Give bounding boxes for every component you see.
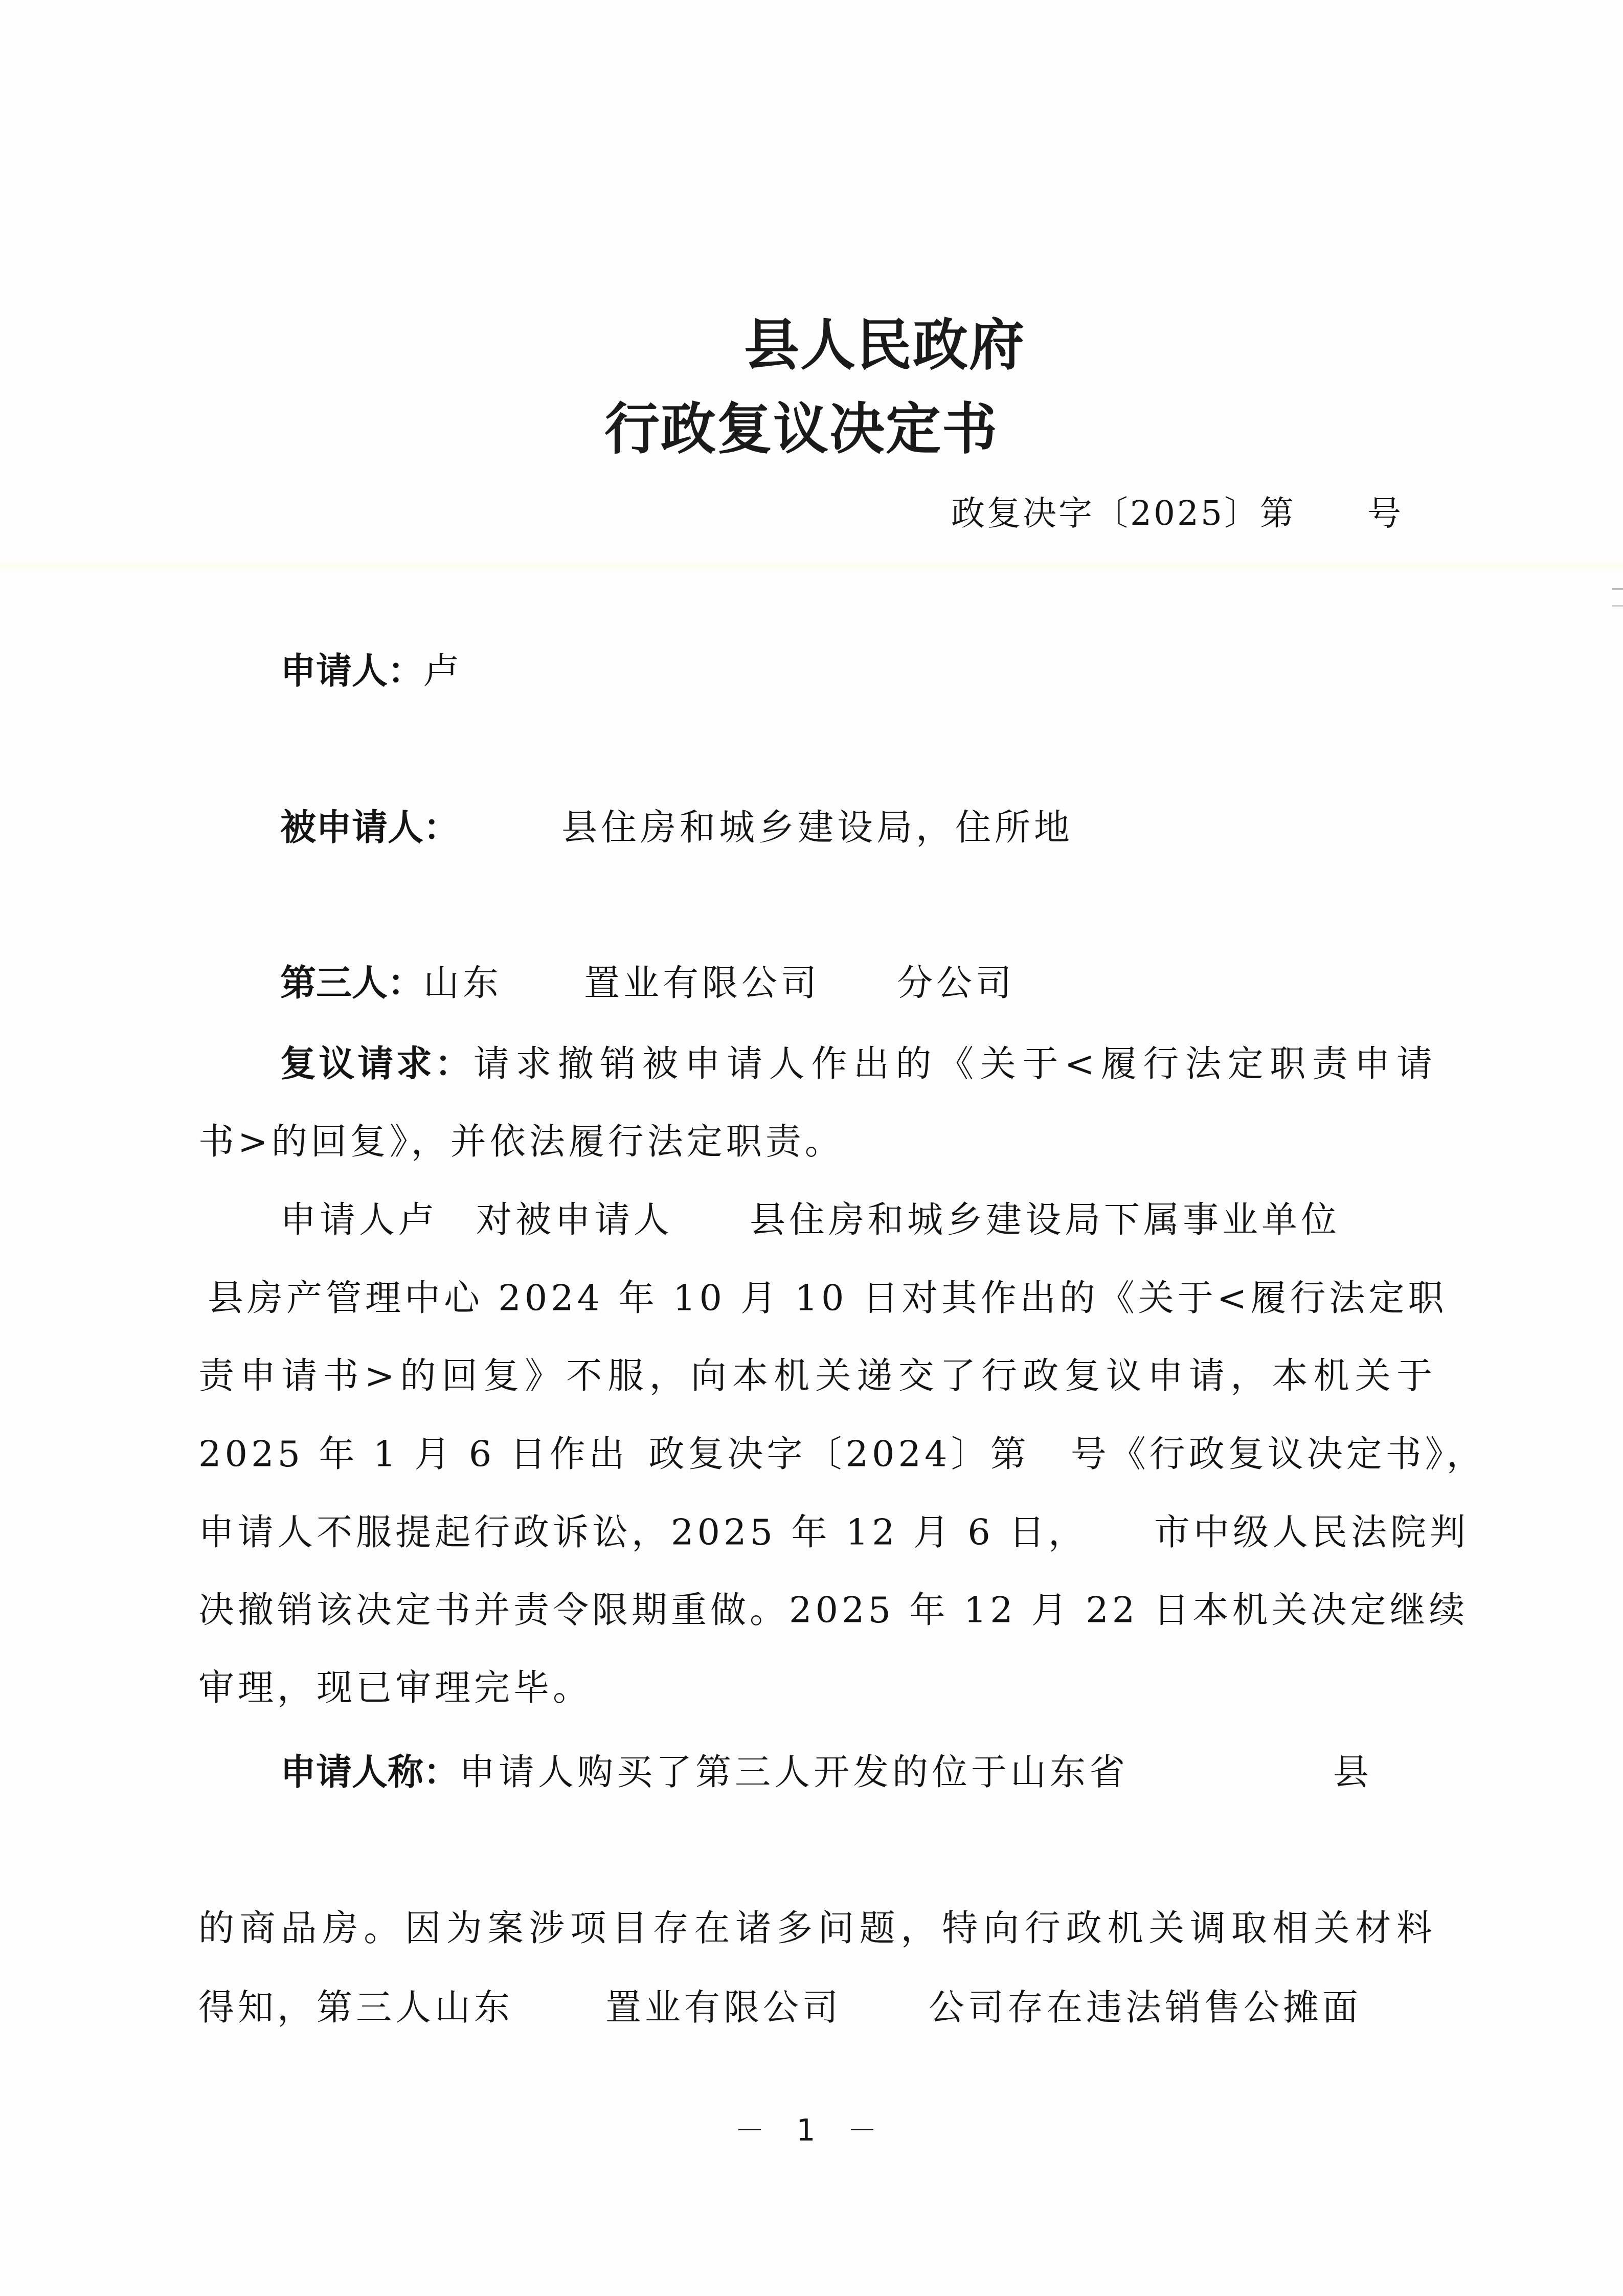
- third-party-value-c: 分公司: [897, 962, 1015, 1004]
- applicant-claims-line-1: 申请人称：申请人购买了第三人开发的位于山东省县: [280, 1747, 1436, 1798]
- applicant-claims-line-3: 的商品房。因为案涉项目存在诸多问题，特向行政机关调取相关材料: [198, 1903, 1436, 1954]
- reference-number-prefix: 政复决字〔2025〕第: [951, 494, 1296, 533]
- reference-number: 政复决字〔2025〕第号: [951, 486, 1403, 534]
- document-issuer-title: 县人民政府: [744, 301, 1025, 380]
- background-line-2: 县房产管理中心 2024 年 10 月 10 日对其作出的《关于<履行法定职: [198, 1273, 1436, 1324]
- applicant-claims-text: 申请人购买了第三人开发的位于山东省: [459, 1751, 1129, 1793]
- respondent-label: 被申请人：: [280, 807, 459, 849]
- third-party-line: 第三人：山东置业有限公司分公司: [280, 957, 1436, 1009]
- background-line-4: 2025 年 1 月 6 日作出政复决字〔2024〕第号《行政复议决定书》，: [198, 1429, 1436, 1480]
- page-number: － 1 －: [0, 2106, 1623, 2149]
- applicant-claims-line-4: 得知，第三人山东置业有限公司公司存在违法销售公摊面: [198, 1982, 1436, 2033]
- applicant-claims-text: 公司存在违法销售公摊面: [929, 1987, 1362, 2028]
- third-party-label: 第三人：: [280, 962, 423, 1004]
- applicant-claims-label: 申请人称：: [280, 1751, 459, 1793]
- background-text: 申请人不服提起行政诉讼，2025 年 12 月 6 日，: [198, 1511, 1088, 1553]
- applicant-claims-text: 置业有限公司: [605, 1987, 842, 2028]
- background-line-1: 申请人卢对被申请人县住房和城乡建设局下属事业单位: [280, 1194, 1436, 1245]
- respondent-value: 县住房和城乡建设局，住所地: [561, 807, 1073, 849]
- background-text: 对被申请人: [476, 1199, 673, 1241]
- redacted-line: [198, 1825, 1436, 1876]
- review-request-text: 请求撤销被申请人作出的《关于<履行法定职责申请: [474, 1043, 1436, 1085]
- scan-fold-line: [0, 560, 1623, 571]
- reference-number-suffix: 号: [1367, 494, 1403, 533]
- document-page: 县人民政府 行政复议决定书 政复决字〔2025〕第号 申请人：卢 被申请人：县住…: [0, 0, 1623, 2296]
- background-line-6: 决撤销该决定书并责令限期重做。2025 年 12 月 22 日本机关决定继续: [198, 1585, 1436, 1636]
- respondent-line: 被申请人：县住房和城乡建设局，住所地: [280, 802, 1436, 853]
- document-type-title: 行政复议决定书: [604, 385, 998, 464]
- applicant-line: 申请人：卢: [280, 645, 1436, 697]
- background-text: 号《行政复议决定书》，: [1071, 1433, 1486, 1475]
- applicant-value: 卢: [423, 650, 463, 692]
- applicant-label: 申请人：: [280, 650, 423, 692]
- background-text: 县房产管理中心 2024 年 10 月 10 日对其作出的《关于<履行法定职: [208, 1277, 1447, 1319]
- review-request-line-1: 复议请求：请求撤销被申请人作出的《关于<履行法定职责申请: [280, 1038, 1436, 1089]
- third-party-value-a: 山东: [423, 962, 502, 1004]
- background-text: 申请人卢: [280, 1199, 438, 1241]
- review-request-line-2: 书>的回复》，并依法履行法定职责。: [198, 1116, 1436, 1167]
- background-text: 2025 年 1 月 6 日作出: [198, 1433, 628, 1475]
- background-line-3: 责申请书>的回复》不服，向本机关递交了行政复议申请，本机关于: [198, 1350, 1436, 1401]
- third-party-value-b: 置业有限公司: [584, 962, 820, 1004]
- background-line-7: 审理，现已审理完毕。: [198, 1662, 1436, 1713]
- background-text: 市中级人民法院判: [1154, 1511, 1469, 1553]
- review-request-label: 复议请求：: [280, 1043, 474, 1085]
- applicant-claims-text: 得知，第三人山东: [198, 1987, 513, 2028]
- background-line-5: 申请人不服提起行政诉讼，2025 年 12 月 6 日，市中级人民法院判: [198, 1507, 1436, 1558]
- background-text: 县住房和城乡建设局下属事业单位: [750, 1199, 1340, 1241]
- background-text: 政复决字〔2024〕第: [648, 1433, 1029, 1475]
- scan-edge-mark: [1612, 588, 1623, 607]
- applicant-claims-text: 县: [1333, 1751, 1372, 1793]
